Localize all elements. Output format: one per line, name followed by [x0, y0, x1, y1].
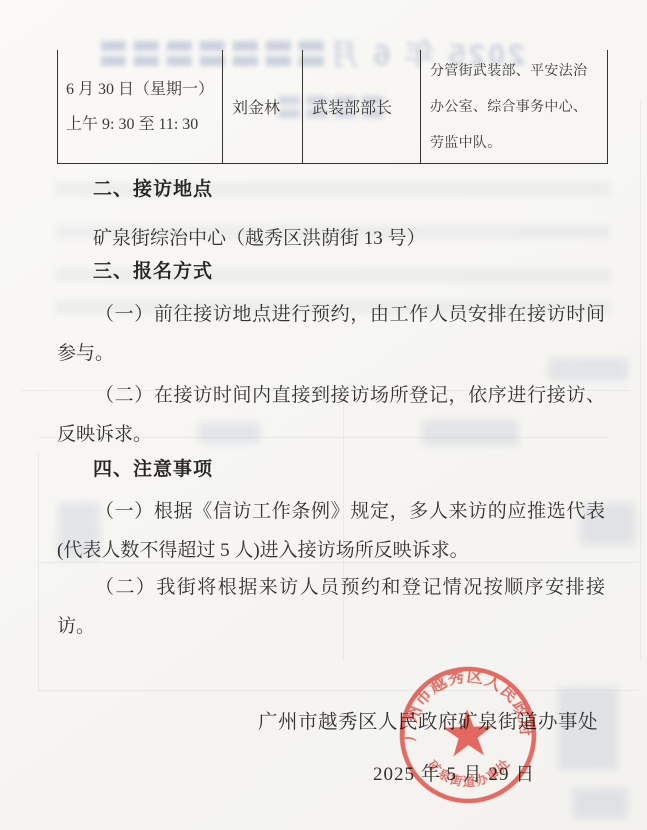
section-heading-notes: 四、注意事项 — [93, 459, 213, 481]
table-cell-name: 刘金林 — [223, 50, 303, 163]
svg-text:矿泉街道办事处: 矿泉街道办事处 — [424, 755, 514, 791]
seal-bottom-text: 矿泉街道办事处 — [424, 755, 514, 791]
signup-item-1: （一）前往接访地点进行预约，由工作人员安排在接访时间参与。 — [57, 296, 605, 373]
section-heading-location: 二、接访地点 — [93, 179, 213, 201]
receiver-title: 武装部部长 — [312, 95, 416, 118]
notes-item-1: （一）根据《信访工作条例》规定，多人来访的应推选代表(代表人数不得超过 5 人)… — [57, 493, 605, 570]
table-cell-title: 武装部部长 — [303, 50, 421, 163]
seal-star — [442, 708, 493, 757]
document-content: 6 月 30 日（星期一） 上午 9: 30 至 11: 30 刘金林 武装部部… — [0, 0, 647, 830]
receiver-name: 刘金林 — [232, 95, 298, 118]
reception-date: 6 月 30 日（星期一） — [66, 72, 218, 107]
reception-time: 上午 9: 30 至 11: 30 — [66, 107, 218, 142]
table-cell-duty: 分管街武装部、平安法治办公室、综合事务中心、劳监中队。 — [421, 50, 607, 163]
table-cell-datetime: 6 月 30 日（星期一） 上午 9: 30 至 11: 30 — [58, 50, 223, 163]
section-heading-signup: 三、报名方式 — [93, 261, 213, 283]
signup-item-2: （二）在接访时间内直接到接访场所登记，依序进行接访、反映诉求。 — [57, 377, 605, 454]
notes-item-2: （二）我街将根据来访人员预约和登记情况按顺序安排接访。 — [57, 569, 605, 646]
official-seal: 广州市越秀区人民政府 矿泉街道办事处 — [385, 652, 550, 817]
location-text: 矿泉街综治中心（越秀区洪荫街 13 号） — [93, 220, 605, 259]
reception-schedule-table: 6 月 30 日（星期一） 上午 9: 30 至 11: 30 刘金林 武装部部… — [57, 50, 608, 164]
